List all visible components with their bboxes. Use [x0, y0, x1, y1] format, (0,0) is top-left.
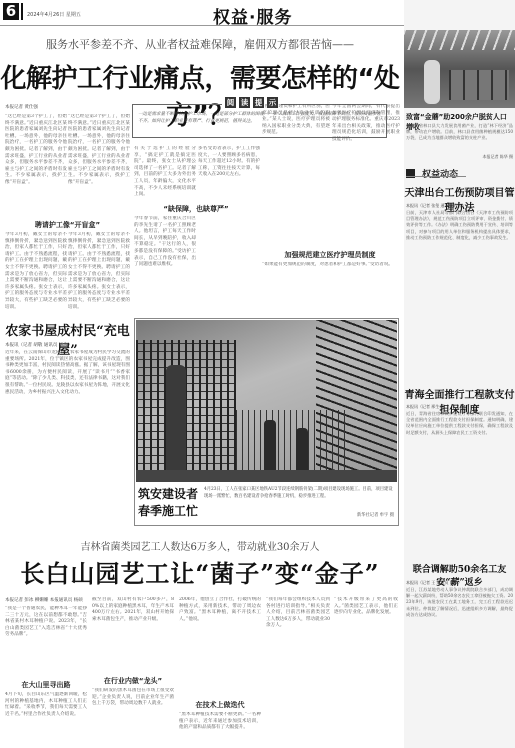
- lead-col2b-text: 今年春节前，家住重庆合川区的李先生请了一名护工照顾老人。他坦言，护工每天工作时间…: [134, 216, 196, 314]
- sidebar-photo-credit: 本报记者 陈华 摄: [406, 153, 513, 160]
- photo-caption: 4月23日，工人在张家口某区地铁AU2节段连续钢筋骨架(二期)项目建设现场施工。…: [204, 486, 394, 500]
- page-number-bar: [21, 3, 23, 20]
- sidebar-item-byline-2: 本报讯（记者 邢生祥）: [406, 404, 513, 410]
- second-kicker: 吉林省菌类园艺工人数达6万多人，带动就业30余万人: [0, 538, 400, 553]
- photo-title-line1: 筑安建设者: [138, 486, 198, 503]
- lead-col2-text: 有关于选护工的经验分享，“搞定护工就是搞定医院”。最终，张女士从护理公司选择了一…: [134, 146, 196, 196]
- lead-byline: 本报记者 黄仕强: [5, 104, 38, 110]
- lead-kicker: 服务水平参差不齐、从业者权益难保障，雇佣双方都很苦恼——: [0, 36, 400, 52]
- lead-col1d-text: 今年3月初，戴女士的母亲不慎摔倒骨折，紧急送到医院救治，但家人都忙于工作，只好请…: [68, 232, 130, 310]
- lead-col1b-text: “这已经是第3个护工了，但始终不满意。”近日重庆江北区某医院的患者家属刘先生向记…: [68, 114, 130, 218]
- lead-col6-text: “如果能有更加规范的制度，对患者和护工都是好事。”受访者说。: [262, 262, 398, 314]
- photo-title-line2: 春季施工忙: [138, 503, 198, 520]
- mushroom-photo: [404, 30, 515, 108]
- left-story-text: 近年来，在云南保山市龙陵县，农家书屋成为村民学习交流的重要场所。2021年，位于…: [5, 350, 130, 518]
- second-col2-text: 截至目前，双山村有农户500多户，80%以上的家庭种植黑木耳，年生产木耳400万…: [92, 597, 174, 667]
- second-col1b-text: 4月下旬，长白山东区气温逐渐回暖，松河村的种植基地内，木耳种植工人们正忙碌着。“…: [5, 692, 87, 746]
- sidebar-item-byline-1: 本报讯（记者 张玺 通讯员 程悦）: [406, 203, 513, 209]
- second-col3b-text: “黑木耳种植技术需要不断更新。”一名种植户表示，近年来通过参加技术培训，他的产量…: [179, 712, 261, 746]
- second-col1-text: “我是一个普通农民，能种木耳一年能挣二三十万元，这在以前想都不敢想。”吉林省某村…: [5, 606, 87, 672]
- second-subhead-2: 在行业内做“龙头”: [92, 676, 174, 686]
- lead-col1c-text: 今年3月初，戴女士的母亲不慎摔倒骨折，紧急送到医院救治，但家人都忙于工作，只好请…: [5, 232, 67, 310]
- second-subhead-3: 在技术上做迭代: [179, 700, 261, 710]
- rights-dynamics-label: 权益动态: [422, 170, 458, 180]
- second-col3-text: 2006年，他创立了合作社，打破传统的种植方式，采用新技术，带动了周边农户致富。…: [179, 597, 261, 693]
- sidebar-item-text-1: 日前，天津市人社局等部门联合出台《天津市工伤预防项目管理办法》，规范工伤预防项目…: [406, 210, 513, 360]
- tip-char: 读: [239, 97, 250, 108]
- second-col5-text: “技术升级带来了更高的收入。”菌类园艺工表示，他们正逐步向专业化、品牌化发展。: [334, 597, 398, 747]
- lead-col4-text: “医院护理员和护工有所区别，医疗护理员是经过专业培训的职业。”某人士说，医疗护理…: [262, 104, 330, 246]
- second-col2b-text: “我们研发的黑木耳菌包在市场上很受欢迎。”企业负责人说，目前企业年生产菌包上千万…: [92, 688, 174, 746]
- second-col4-text: “我们每年都会组织技术人员到各村进行培训指导。”相关负责人介绍，目前吉林省菌类园…: [266, 597, 330, 747]
- lead-col3-text: 多名受访者表示，护工工作强度大，一人要照顾多名病患，每天工作超过12小时。有的护…: [198, 146, 260, 314]
- dateline: 2024年4月26日 星期五: [27, 11, 81, 18]
- sidebar-item-byline-3: 本报讯（记者 王 通讯员 姚成）: [406, 580, 513, 586]
- section-title: 权益·服务: [213, 3, 292, 28]
- second-subhead-1: 在大山里寻出路: [5, 680, 87, 690]
- photo-credit: 新华社记者 牟宇 摄: [204, 512, 394, 519]
- construction-photo: [136, 320, 397, 482]
- lead-subhead-1: 聘请护工像“开盲盒”: [5, 220, 130, 230]
- tip-char: 阅: [225, 97, 236, 108]
- sidebar-item-text-3: 近日，江苏某地劳动人事争议仲裁院联合多部门，成功调解一起欠薪纠纷，帮助50余名农…: [406, 587, 513, 742]
- second-byline: 本报记者 彭冰 柳姗姗 本报通讯员 杨硕: [5, 597, 83, 603]
- sidebar-item-text-2: 近日，青海省住房和城乡建设厅等部门联合印发通知，在全省范围内全面推行工程款支付担…: [406, 411, 513, 551]
- lead-col1-text: “这已经是第3个护工了，但始终不满意。”近日重庆江北区某医院的患者家属刘先生向记…: [5, 114, 67, 218]
- lead-col5-text: 今年全国两会期间，有代表提出加强医疗护理员培训和管理，推动护理服务标准化。重庆市…: [332, 104, 400, 246]
- page-number: 6: [3, 3, 19, 20]
- lead-subhead-3: 加强规范建立医疗护理员制度: [262, 250, 398, 260]
- rights-dynamics-header: 权益动态: [406, 163, 515, 182]
- second-headline: 长白山园艺工让“菌子”变“金子”: [0, 554, 400, 589]
- sidebar-photo-text: 黑龙江省林口县大力发展食用菌产业，打造“林下经济”品牌，带动农户增收。目前，林口…: [406, 123, 513, 155]
- left-story-byline: 本报讯（记者 胡敬 通讯员 杨海）: [5, 342, 130, 348]
- rights-divider: [406, 176, 466, 177]
